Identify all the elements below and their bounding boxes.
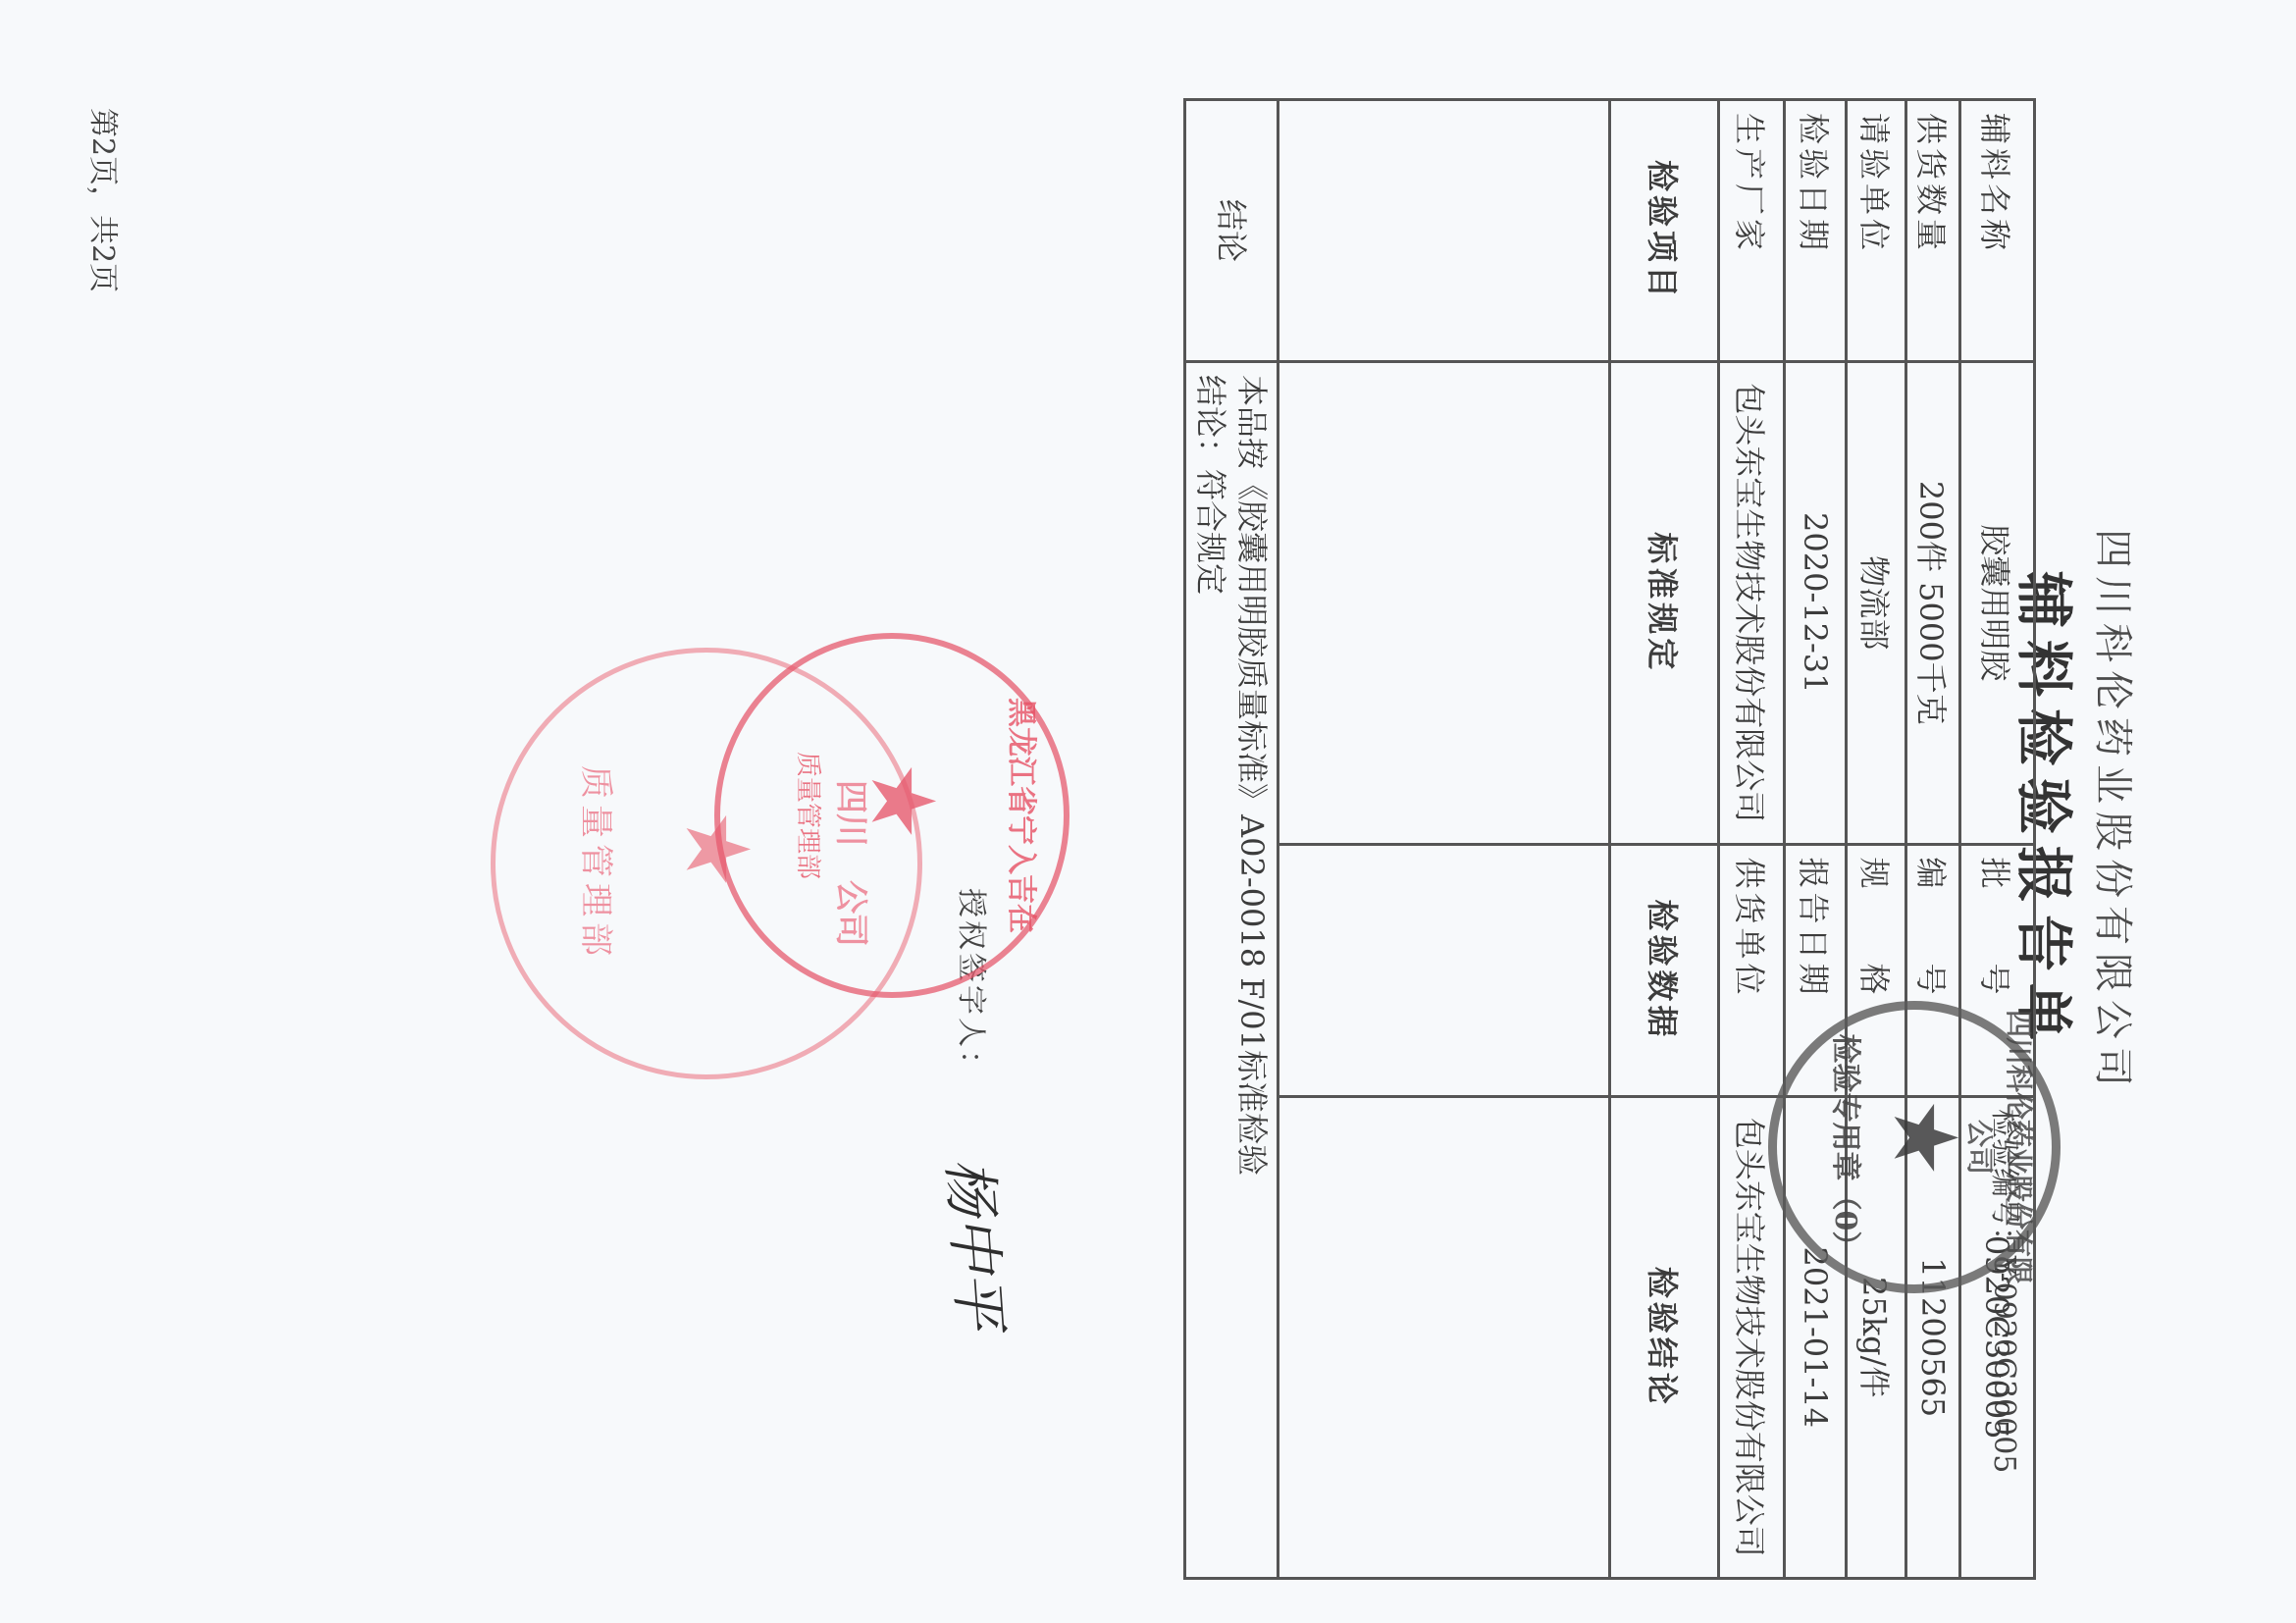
supplier-stamp: 黑龙江省宁入吉在 ★ 质量管理部 xyxy=(714,633,1070,998)
stamp-subtext: 检验专用章（0） xyxy=(1827,1010,1870,1284)
handwritten-signature: 杨中平 xyxy=(932,1155,1026,1331)
row-label: 生产厂家 xyxy=(1719,100,1785,362)
row-label: 检验日期 xyxy=(1785,100,1847,362)
star-icon: ★ xyxy=(1880,1098,1968,1178)
conclusion-text: 本品按《胶囊用明胶质量标准》A02-0018 F/01标准检验 结论：符合规定 xyxy=(1185,362,1278,1579)
empty-cell xyxy=(1278,362,1610,845)
row-value: 200件 5000千克 xyxy=(1906,362,1960,845)
table-row: 检验日期 2020-12-31 报告日期 2021-01-14 xyxy=(1785,100,1847,1579)
conclusion-row: 结论 本品按《胶囊用明胶质量标准》A02-0018 F/01标准检验 结论：符合… xyxy=(1185,100,1278,1579)
inspection-seal-stamp: 四川科伦药业股份有限公司 ★ 检验专用章（0） xyxy=(1768,1001,2061,1293)
stamp-subtext: 质量管理部 xyxy=(792,639,828,992)
star-icon: ★ xyxy=(858,761,946,841)
stamp-subtext: 质量管理部 xyxy=(575,653,623,1074)
table-header-row: 检验项目 标准规定 检验数据 检验结论 xyxy=(1610,100,1719,1579)
table-row: 供货数量 200件 5000千克 编 号 11200565 xyxy=(1906,100,1960,1579)
table-row: 请验单位 物流部 规 格 25kg/件 xyxy=(1847,100,1906,1579)
report-table: 辅料名称 胶囊用明胶 批 号 0920C30005 供货数量 200件 5000… xyxy=(1183,98,2036,1580)
page-number: 第2页，共2页 xyxy=(84,108,128,292)
empty-cell xyxy=(1278,844,1610,1096)
row-label: 供货数量 xyxy=(1906,100,1960,362)
row-value: 包头东宝生物技术股份有限公司 xyxy=(1719,362,1785,845)
column-header-item: 检验项目 xyxy=(1610,100,1719,362)
table-row-empty xyxy=(1278,100,1610,1579)
row-label-2: 供货单位 xyxy=(1719,844,1785,1096)
empty-cell xyxy=(1278,1096,1610,1579)
empty-cell xyxy=(1278,100,1610,362)
row-value: 物流部 xyxy=(1847,362,1906,845)
row-label: 请验单位 xyxy=(1847,100,1906,362)
conclusion-line-1: 本品按《胶囊用明胶质量标准》A02-0018 F/01标准检验 xyxy=(1231,375,1273,1565)
table-row: 生产厂家 包头东宝生物技术股份有限公司 供货单位 包头东宝生物技术股份有限公司 xyxy=(1719,100,1785,1579)
stamp-text: 黑龙江省宁入吉在 xyxy=(1003,639,1046,992)
company-name: 四川科伦药业股份有限公司 xyxy=(2088,0,2144,1623)
row-value: 胶囊用明胶 xyxy=(1960,362,2035,845)
conclusion-label: 结论 xyxy=(1185,100,1278,362)
conclusion-line-2: 结论：符合规定 xyxy=(1190,375,1231,1565)
column-header-data: 检验数据 xyxy=(1610,844,1719,1096)
column-header-result: 检验结论 xyxy=(1610,1096,1719,1579)
row-label: 辅料名称 xyxy=(1960,100,2035,362)
column-header-standard: 标准规定 xyxy=(1610,362,1719,845)
inspection-report-page: 四川科伦药业股份有限公司 辅料检验报告单 检验编号：Y-0920C30005 辅… xyxy=(0,0,2296,1623)
row-value: 2020-12-31 xyxy=(1785,362,1847,845)
table-row: 辅料名称 胶囊用明胶 批 号 0920C30005 xyxy=(1960,100,2035,1579)
